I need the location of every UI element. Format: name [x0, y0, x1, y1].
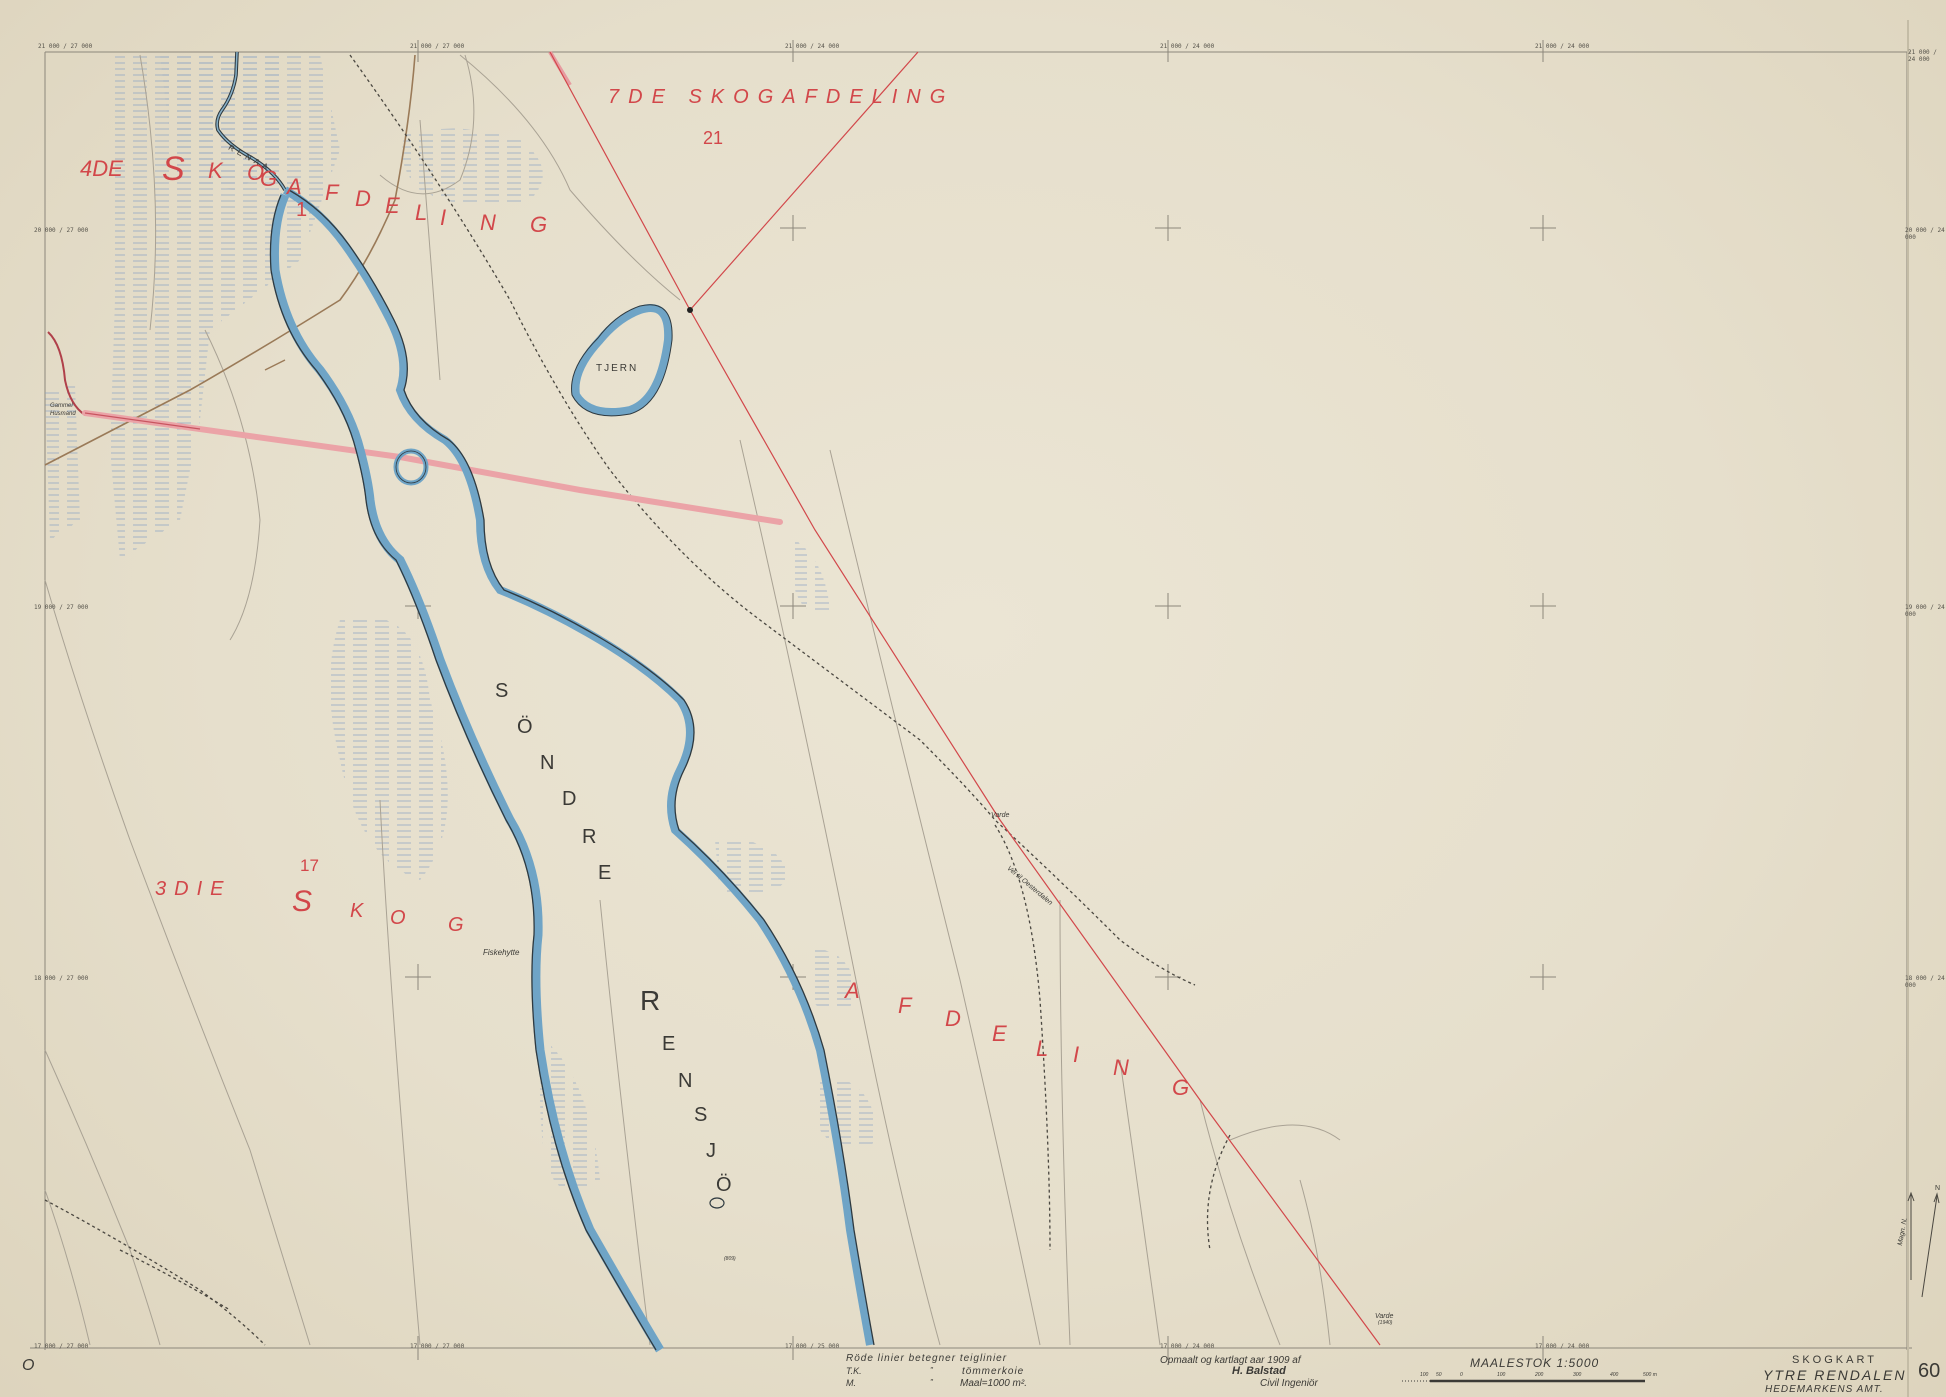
parcel-number-21: 21 — [703, 128, 723, 149]
surveyor-name: H. Balstad — [1232, 1365, 1286, 1377]
grid-coord-bottom-0: 17 000 / 27 000 — [34, 1343, 88, 1350]
county-title: HEDEMARKENS AMT. — [1765, 1384, 1884, 1395]
legend-key-m: M. — [846, 1378, 856, 1388]
legend-ditto: " — [930, 1366, 933, 1375]
corner-mark: O — [22, 1357, 34, 1375]
district-3-letter: L — [1036, 1036, 1048, 1062]
lake-letter: J — [706, 1140, 716, 1163]
scale-title: MAALESTOK 1:5000 — [1470, 1356, 1599, 1370]
district-4-letter: D — [355, 186, 371, 212]
lake-letter: N — [540, 752, 554, 775]
district-4-letter: K — [208, 158, 223, 184]
grid-coord-right-2: 18 000 / 24 000 — [1905, 975, 1946, 989]
lake-letter: R — [582, 826, 596, 849]
fiskehytte-label: Fiskehytte — [483, 948, 519, 957]
region-title: YTRE RENDALEN — [1763, 1367, 1906, 1383]
map-type-title: SKOGKART — [1792, 1354, 1877, 1366]
parcel-number-17: 17 — [300, 856, 319, 876]
grid-coord-bottom-2: 17 000 / 25 000 — [785, 1343, 839, 1350]
district-4-letter: L — [415, 200, 427, 226]
district-3-letter: E — [992, 1021, 1007, 1047]
district-4-ordinal: 4DE — [80, 156, 123, 182]
district-3-letter: D — [945, 1006, 961, 1032]
lake-letter: N — [678, 1070, 692, 1093]
elevation-label: (809) — [724, 1256, 736, 1262]
district-4-letter: F — [325, 180, 338, 206]
lake-letter: Ö — [517, 716, 533, 739]
varde-label-2: Varde — [1375, 1313, 1393, 1320]
district-4-letter: I — [440, 205, 446, 231]
varde-label: Varde — [991, 812, 1009, 819]
north-label: N — [1935, 1185, 1940, 1192]
district-3-letter: S — [292, 885, 312, 919]
district-3-letter: N — [1113, 1055, 1129, 1081]
district-3-letter: O — [390, 907, 406, 930]
legend-value-tk: tömmerkoie — [962, 1366, 1024, 1377]
district-7-label: 7DE SKOGAFDELING — [608, 86, 954, 109]
district-3-letter: F — [898, 993, 911, 1019]
lake-letter: S — [495, 680, 508, 703]
scale-tick: 0 — [1460, 1372, 1463, 1378]
district-3-letter: I — [1073, 1042, 1079, 1068]
road-branch — [265, 360, 285, 370]
legend-line-1: Röde linier betegner teiglinier — [846, 1353, 1007, 1364]
map-sheet: 21 000 / 27 000 21 000 / 27 000 21 000 /… — [0, 0, 1946, 1397]
district-3-letter: G — [1172, 1075, 1189, 1101]
district-4-letter: S — [162, 150, 185, 189]
legend-ditto: " — [930, 1378, 933, 1387]
district-3-letter: A — [845, 978, 860, 1004]
grid-coord-left-2: 18 000 / 27 000 — [34, 975, 88, 982]
district-3-letter: K — [350, 900, 363, 923]
district-3-ordinal: 3DIE — [155, 878, 231, 901]
north-arrow-graphic — [1908, 1193, 1939, 1297]
scale-tick: 500 m — [1643, 1372, 1657, 1378]
grid-coord-bottom-1: 17 000 / 27 000 — [410, 1343, 464, 1350]
scale-tick: 300 — [1573, 1372, 1581, 1378]
grid-coord-left-0: 20 000 / 27 000 — [34, 227, 88, 234]
grid-coord-top-4: 21 000 / 24 000 — [1535, 43, 1589, 50]
map-graphics — [0, 0, 1946, 1397]
grid-coord-top-3: 21 000 / 24 000 — [1160, 43, 1214, 50]
grid-coord-right-0: 20 000 / 24 000 — [1905, 227, 1946, 241]
district-4-letter: E — [385, 193, 400, 219]
sheet-number: 60 — [1918, 1360, 1940, 1383]
grid-coord-top-1: 21 000 / 27 000 — [410, 43, 464, 50]
lake-letter: E — [662, 1033, 675, 1056]
scale-tick: 100 — [1420, 1372, 1428, 1378]
lake-letter: S — [694, 1104, 707, 1127]
marsh-areas — [45, 55, 880, 1191]
legend-value-m: Maal=1000 m². — [960, 1378, 1027, 1389]
scale-tick: 200 — [1535, 1372, 1543, 1378]
district-4-letter: A — [287, 174, 302, 200]
district-4-letter: N — [480, 210, 496, 236]
district-3-letter: G — [448, 914, 464, 937]
scale-tick: 50 — [1436, 1372, 1442, 1378]
parcel-number-1: 1 — [296, 199, 307, 222]
lake-letter: R — [640, 985, 660, 1017]
scale-tick: 100 — [1497, 1372, 1505, 1378]
lake-letter: Ö — [716, 1174, 732, 1197]
lake-letter: E — [598, 862, 611, 885]
district-4-letter: G — [530, 212, 547, 238]
grid-coord-bottom-4: 17 000 / 24 000 — [1535, 1343, 1589, 1350]
credits-line-3: Civil Ingeniör — [1260, 1378, 1318, 1389]
legend-key-tk: T.K. — [846, 1366, 862, 1376]
grid-coord-top-0: 21 000 / 27 000 — [38, 43, 92, 50]
map-frame — [30, 20, 1912, 1397]
pond-label: TJERN — [596, 363, 638, 374]
grid-coord-left-1: 19 000 / 27 000 — [34, 604, 88, 611]
varde-elevation: (1940) — [1378, 1320, 1392, 1326]
husmand-label: Gammel Husmand — [50, 402, 90, 418]
grid-coord-bottom-3: 17 000 / 24 000 — [1160, 1343, 1214, 1350]
grid-coord-top-2: 21 000 / 24 000 — [785, 43, 839, 50]
grid-coord-top-5: 21 000 / 24 000 — [1908, 49, 1946, 63]
scale-tick: 400 — [1610, 1372, 1618, 1378]
grid-coord-right-1: 19 000 / 24 000 — [1905, 604, 1946, 618]
lake-letter: D — [562, 788, 576, 811]
